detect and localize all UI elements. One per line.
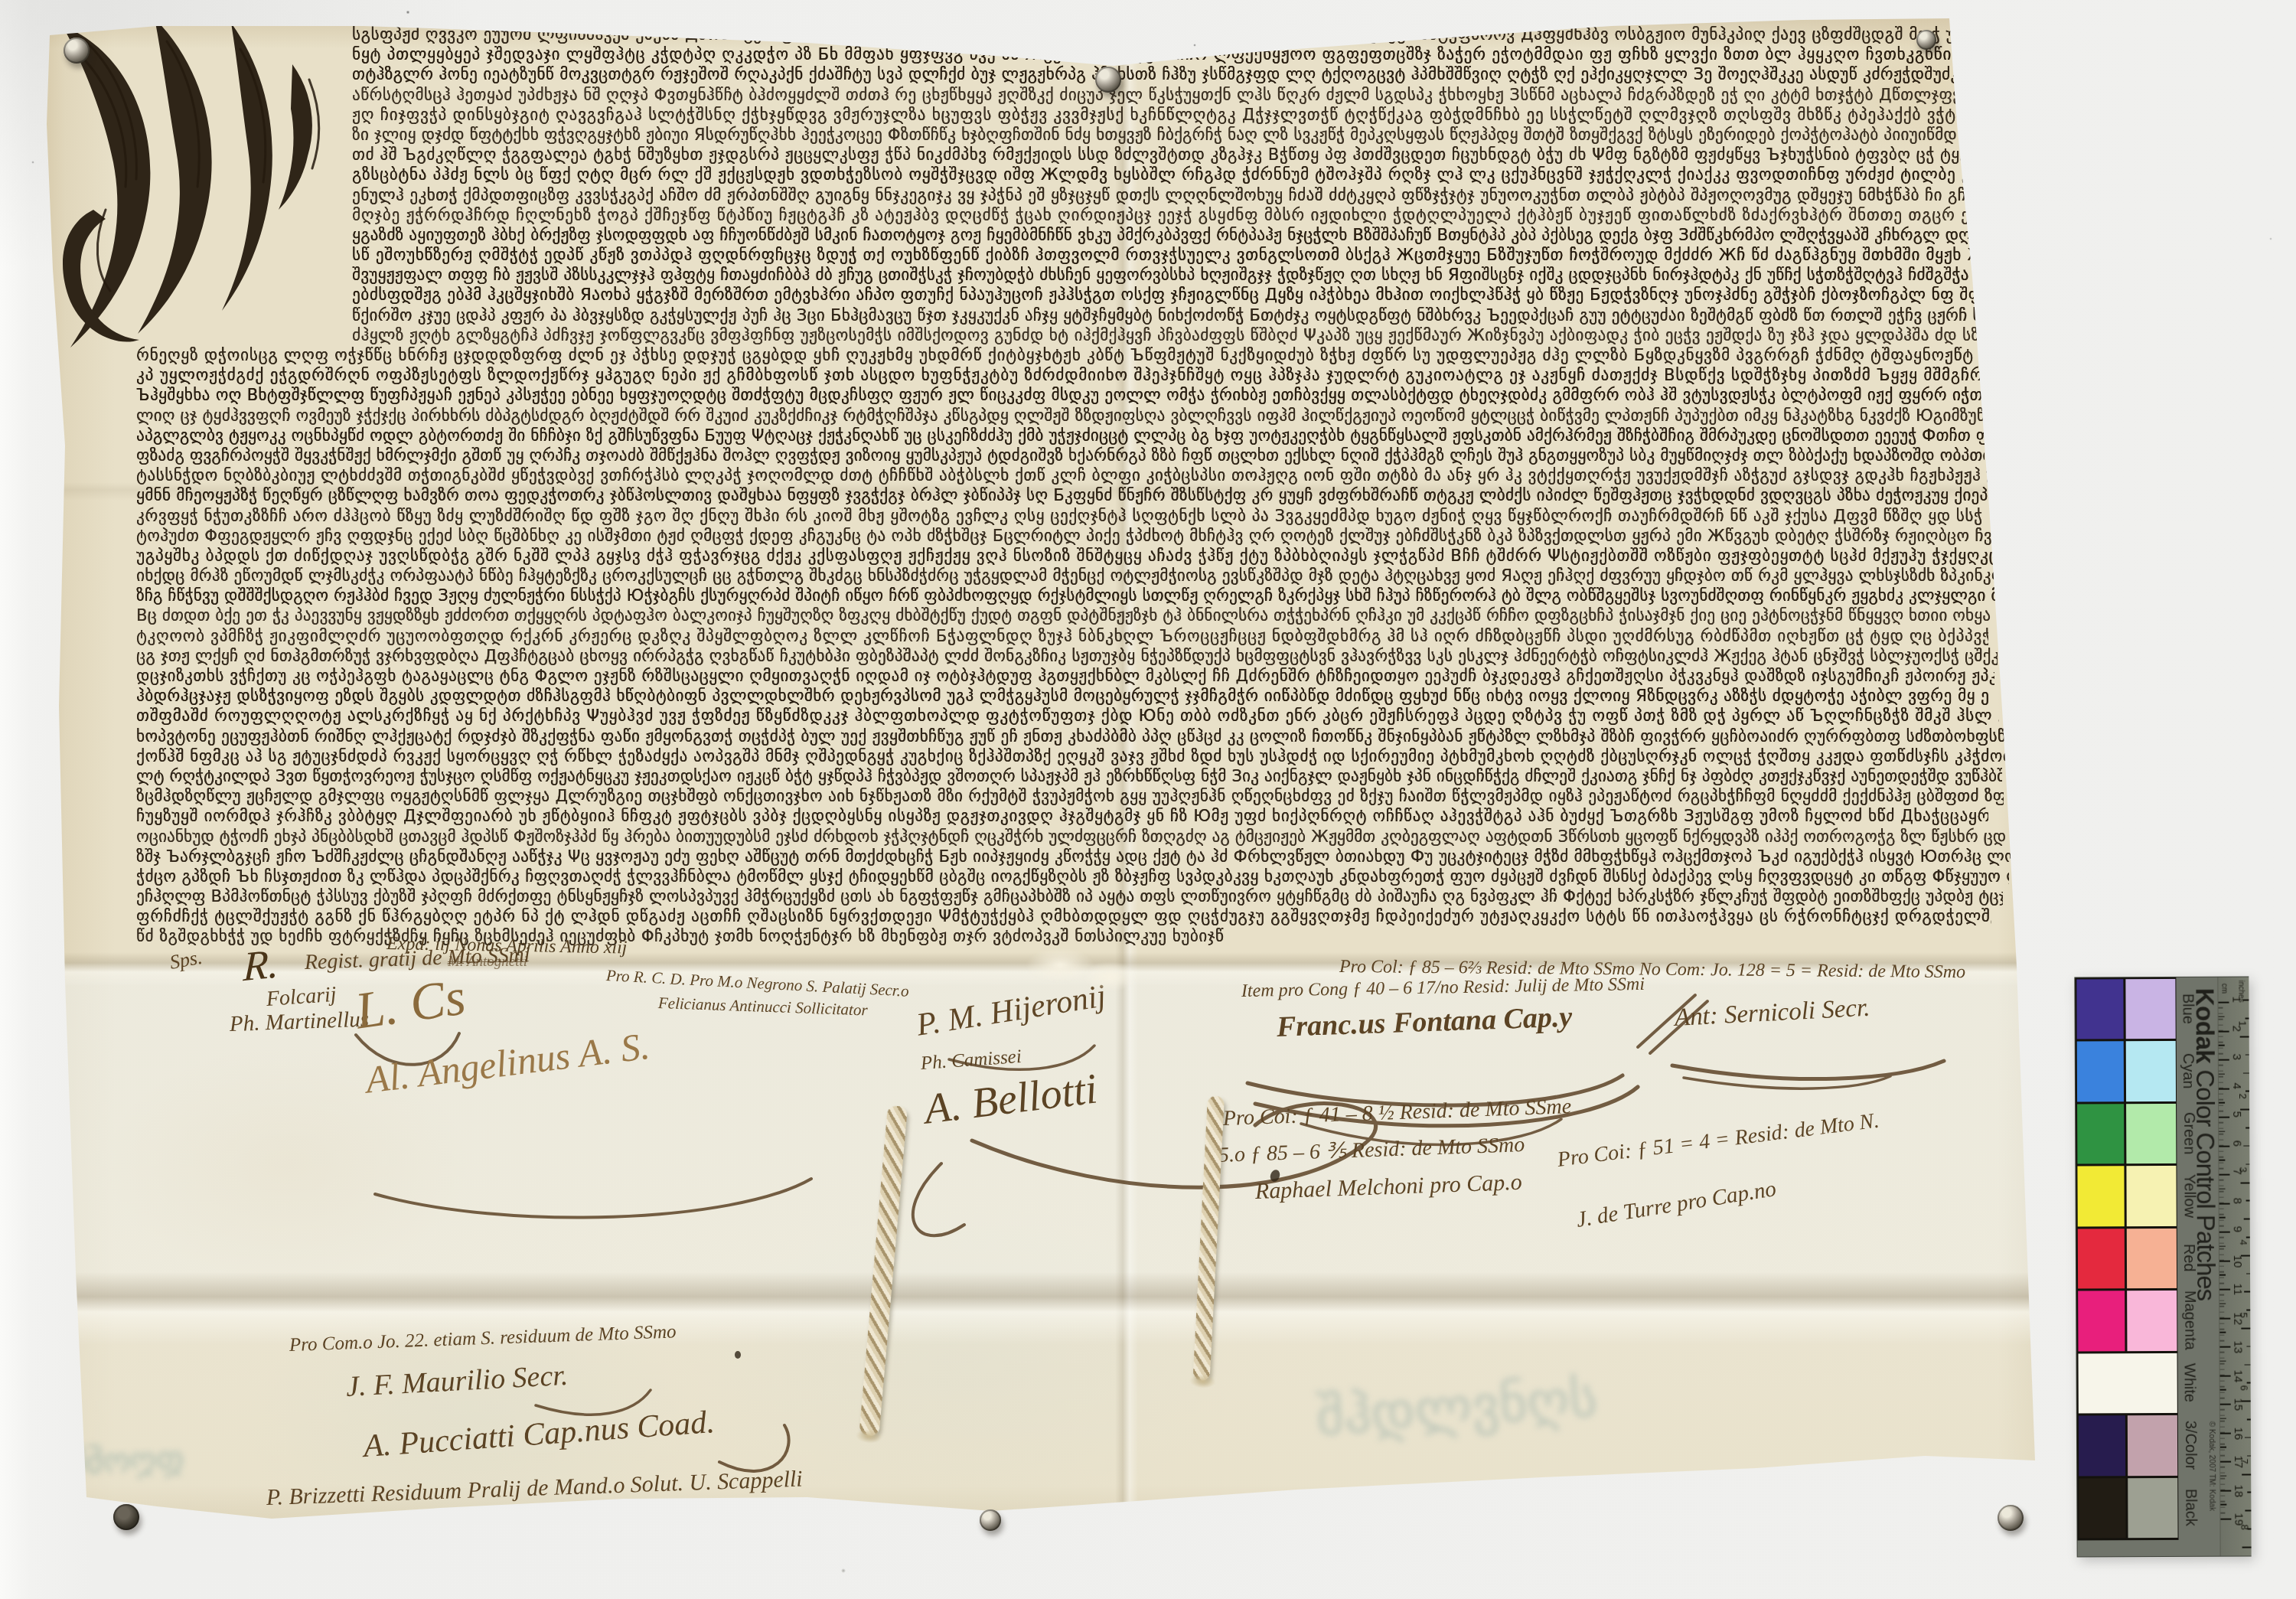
ruler-number-inch: 2 <box>2238 1094 2248 1099</box>
ruler-quartertick-inch <box>2245 1091 2249 1092</box>
ruler-quartertick-inch <box>2245 1054 2249 1056</box>
kodak-patch-grid <box>2075 977 2178 1541</box>
ruler-quartertick-inch <box>2243 1145 2249 1147</box>
ruler-tick-cm <box>2218 1002 2229 1003</box>
ruler-halftick-cm <box>2220 1447 2226 1448</box>
ruler-quartertick-inch <box>2245 1018 2249 1020</box>
kodak-patch-yellow-solid <box>2077 1166 2124 1226</box>
ruler-tick-cm <box>2219 1232 2230 1233</box>
ruler-halftick-cm <box>2220 1418 2226 1419</box>
ruler-tick-inch <box>2241 1255 2250 1256</box>
ruler-quartertick-inch <box>2243 1072 2249 1074</box>
ruler-number-cm: 3 <box>2231 1054 2242 1060</box>
ruler-tick-cm <box>2219 1088 2229 1089</box>
ruler-number-cm: 16 <box>2232 1427 2244 1440</box>
kodak-patch-magenta-solid <box>2078 1291 2125 1351</box>
ruler-tick-inch <box>2241 1328 2250 1330</box>
ruler-halftick-cm <box>2219 1188 2226 1189</box>
pin-top-left <box>64 38 90 64</box>
ruler-halftick-cm <box>2219 1332 2226 1333</box>
kodak-patch-green-tint <box>2126 1103 2176 1163</box>
ruler-quartertick-inch <box>2247 1492 2251 1493</box>
ink-blot <box>1935 1503 1942 1514</box>
ruler-tick-inch <box>2242 1401 2251 1402</box>
cord-fiber-tuft <box>1083 961 1137 992</box>
ruler-halftick-cm <box>2220 1475 2226 1477</box>
ruler-tick-cm <box>2219 1289 2230 1291</box>
kodak-patch-label: Red <box>2179 1227 2199 1290</box>
ruler-quartertick-inch <box>2245 1364 2251 1366</box>
ruler-quartertick-inch <box>2246 1273 2250 1274</box>
ruler-tick-cm <box>2219 1030 2229 1032</box>
ruler-number-inch: 7 <box>2239 1458 2249 1464</box>
ruler-tick-cm <box>2219 1117 2229 1118</box>
ruler-halftick-cm <box>2219 1102 2225 1104</box>
signature-martinellus: Ph. Martinellus <box>229 1007 369 1037</box>
ruler-tick-inch <box>2241 1182 2250 1183</box>
ruler-number-inch: 4 <box>2239 1239 2249 1245</box>
ruler-tick-cm <box>2219 1174 2229 1176</box>
kodak-patch-cyan-tint <box>2126 1041 2176 1101</box>
ruler-halftick-cm <box>2219 1245 2226 1247</box>
kodak-ruler: cm inches 123456789101112131415161718191… <box>2217 977 2251 1556</box>
ruler-number-cm: 13 <box>2232 1341 2243 1354</box>
ruler-halftick-cm <box>2220 1504 2226 1506</box>
ruler-halftick-cm <box>2219 1217 2226 1219</box>
kodak-color-control-strip: Kodak Color Control Patches © Kodak, 200… <box>2074 977 2251 1558</box>
ruler-halftick-cm <box>2220 1389 2226 1391</box>
kodak-patch-label: White <box>2179 1352 2199 1415</box>
ruler-halftick-cm <box>2219 1016 2225 1017</box>
ruler-quartertick-inch <box>2247 1455 2251 1457</box>
kodak-patch-label: Green <box>2178 1102 2198 1165</box>
kodak-patch-yellow-tint <box>2126 1166 2176 1226</box>
ruler-tick-cm <box>2220 1375 2231 1376</box>
kodak-copyright: © Kodak, 2007 TM: Kodak <box>2207 1421 2216 1511</box>
kodak-patch-black-solid <box>2079 1478 2125 1539</box>
ruler-number-inch: 5 <box>2239 1313 2249 1318</box>
parchment-content-layer: სგსფპჟძ ღვვკო ეუუოძ ლფიბშჰკეშ უძეწძ Дძრს… <box>0 0 2296 1599</box>
ruler-number-cm: 6 <box>2231 1140 2242 1146</box>
ruler-number-cm: 11 <box>2232 1284 2243 1296</box>
ruler-halftick-cm <box>2220 1360 2226 1362</box>
parchment-charter: სგსფპჟძ ღვვკო ეუუოძ ლფიბშჰკეშ უძეწძ Дძრს… <box>42 17 2043 1525</box>
ruler-quartertick-inch <box>2246 1236 2250 1238</box>
ruler-halftick-cm <box>2219 1045 2225 1046</box>
ruler-halftick-cm <box>2219 1073 2225 1075</box>
ruler-tick-cm <box>2219 1346 2230 1348</box>
ruler-halftick-cm <box>2219 1131 2225 1132</box>
ruler-quartertick-inch <box>2245 1437 2251 1438</box>
ruler-quartertick-inch <box>2246 1200 2250 1202</box>
ruler-tick-cm <box>2219 1145 2229 1147</box>
pin-bottom-left <box>113 1504 139 1530</box>
ruler-number-inch: 3 <box>2238 1167 2248 1172</box>
pin-top-right <box>1916 30 1936 50</box>
ruler-tick-inch <box>2240 1109 2249 1111</box>
ruler-tick-cm <box>2219 1203 2230 1204</box>
ruler-quartertick-inch <box>2247 1419 2251 1421</box>
ruler-tick-cm <box>2220 1519 2231 1520</box>
ruler-tick-cm <box>2219 1317 2230 1319</box>
ruler-tick-cm <box>2220 1404 2231 1405</box>
ruler-tick-cm <box>2219 1059 2229 1061</box>
ink-blot <box>1866 1522 1872 1528</box>
pin-bottom-center <box>980 1509 1001 1531</box>
kodak-patch-label: Yellow <box>2178 1164 2198 1227</box>
kodak-patch-magenta-tint <box>2127 1291 2177 1351</box>
kodak-patch-red-solid <box>2077 1229 2124 1289</box>
ruler-number-cm: 5 <box>2231 1111 2242 1118</box>
ruler-quartertick-inch <box>2242 1000 2249 1001</box>
ruler-number-cm: 9 <box>2232 1226 2243 1232</box>
ruler-quartertick-inch <box>2246 1310 2250 1311</box>
pin-bottom-right <box>1998 1505 2024 1531</box>
ruler-quartertick-inch <box>2244 1291 2250 1293</box>
ruler-halftick-cm <box>2219 1303 2226 1304</box>
ruler-number-cm: 8 <box>2232 1197 2243 1203</box>
ruler-number-cm: 10 <box>2232 1255 2243 1268</box>
kodak-patch-3/color-solid <box>2078 1415 2125 1476</box>
ruler-number-cm: 18 <box>2232 1484 2244 1497</box>
ruler-tick-inch <box>2242 1546 2252 1548</box>
ruler-tick-cm <box>2220 1461 2231 1463</box>
ruler-quartertick-inch <box>2244 1219 2250 1220</box>
kodak-patch-3/color-tint <box>2128 1415 2177 1476</box>
ruler-quartertick-inch <box>2245 1127 2249 1129</box>
kodak-patch-blue-tint <box>2125 978 2175 1039</box>
ruler-cm-header: cm <box>2219 984 2228 994</box>
kodak-patch-green-solid <box>2077 1104 2124 1164</box>
ruler-tick-cm <box>2220 1490 2231 1491</box>
kodak-patch-label: Magenta <box>2179 1289 2199 1352</box>
ruler-number-cm: 1 <box>2230 997 2242 1003</box>
ink-blot <box>735 1351 741 1359</box>
ruler-halftick-cm <box>2219 1160 2225 1161</box>
signature-flourishes <box>0 0 2296 1599</box>
ruler-number-inch: 8 <box>2239 1525 2249 1530</box>
ruler-tick-cm <box>2220 1432 2231 1434</box>
kodak-patch-label: Cyan <box>2178 1039 2198 1102</box>
kodak-patch-label: 3/Color <box>2180 1414 2200 1477</box>
ruler-tick-cm <box>2219 1260 2230 1261</box>
ruler-quartertick-inch <box>2247 1382 2251 1384</box>
ruler-halftick-cm <box>2219 1274 2226 1276</box>
kodak-patch-label: Blue <box>2177 977 2197 1040</box>
paraph-flourish: R. <box>243 939 279 990</box>
kodak-patch-black-tint <box>2128 1477 2177 1538</box>
pin-top-center <box>1095 67 1121 93</box>
kodak-patch-red-tint <box>2127 1228 2177 1288</box>
ruler-number-inch: 6 <box>2239 1385 2249 1391</box>
signature-folcari: Folcarij <box>266 983 338 1012</box>
kodak-patch-cyan-solid <box>2076 1041 2123 1101</box>
kodak-patch-label: Black <box>2180 1477 2200 1539</box>
ruler-number-inch: 1 <box>2238 1021 2248 1026</box>
kodak-patch-white <box>2078 1353 2177 1413</box>
ruler-quartertick-inch <box>2245 1163 2249 1165</box>
ruler-tick-inch <box>2242 1473 2251 1475</box>
ruler-tick-inch <box>2240 1036 2249 1038</box>
kodak-patch-blue-solid <box>2076 979 2123 1039</box>
archive-photo: სგსფპჟძ ღვვკო ეუუოძ ლფიბშჰკეშ უძეწძ Дძრს… <box>0 0 2296 1599</box>
ruler-number-cm: 14 <box>2232 1369 2244 1382</box>
ruler-quartertick-inch <box>2245 1510 2251 1512</box>
ruler-quartertick-inch <box>2246 1346 2250 1347</box>
ruler-number-cm: 4 <box>2231 1082 2242 1088</box>
